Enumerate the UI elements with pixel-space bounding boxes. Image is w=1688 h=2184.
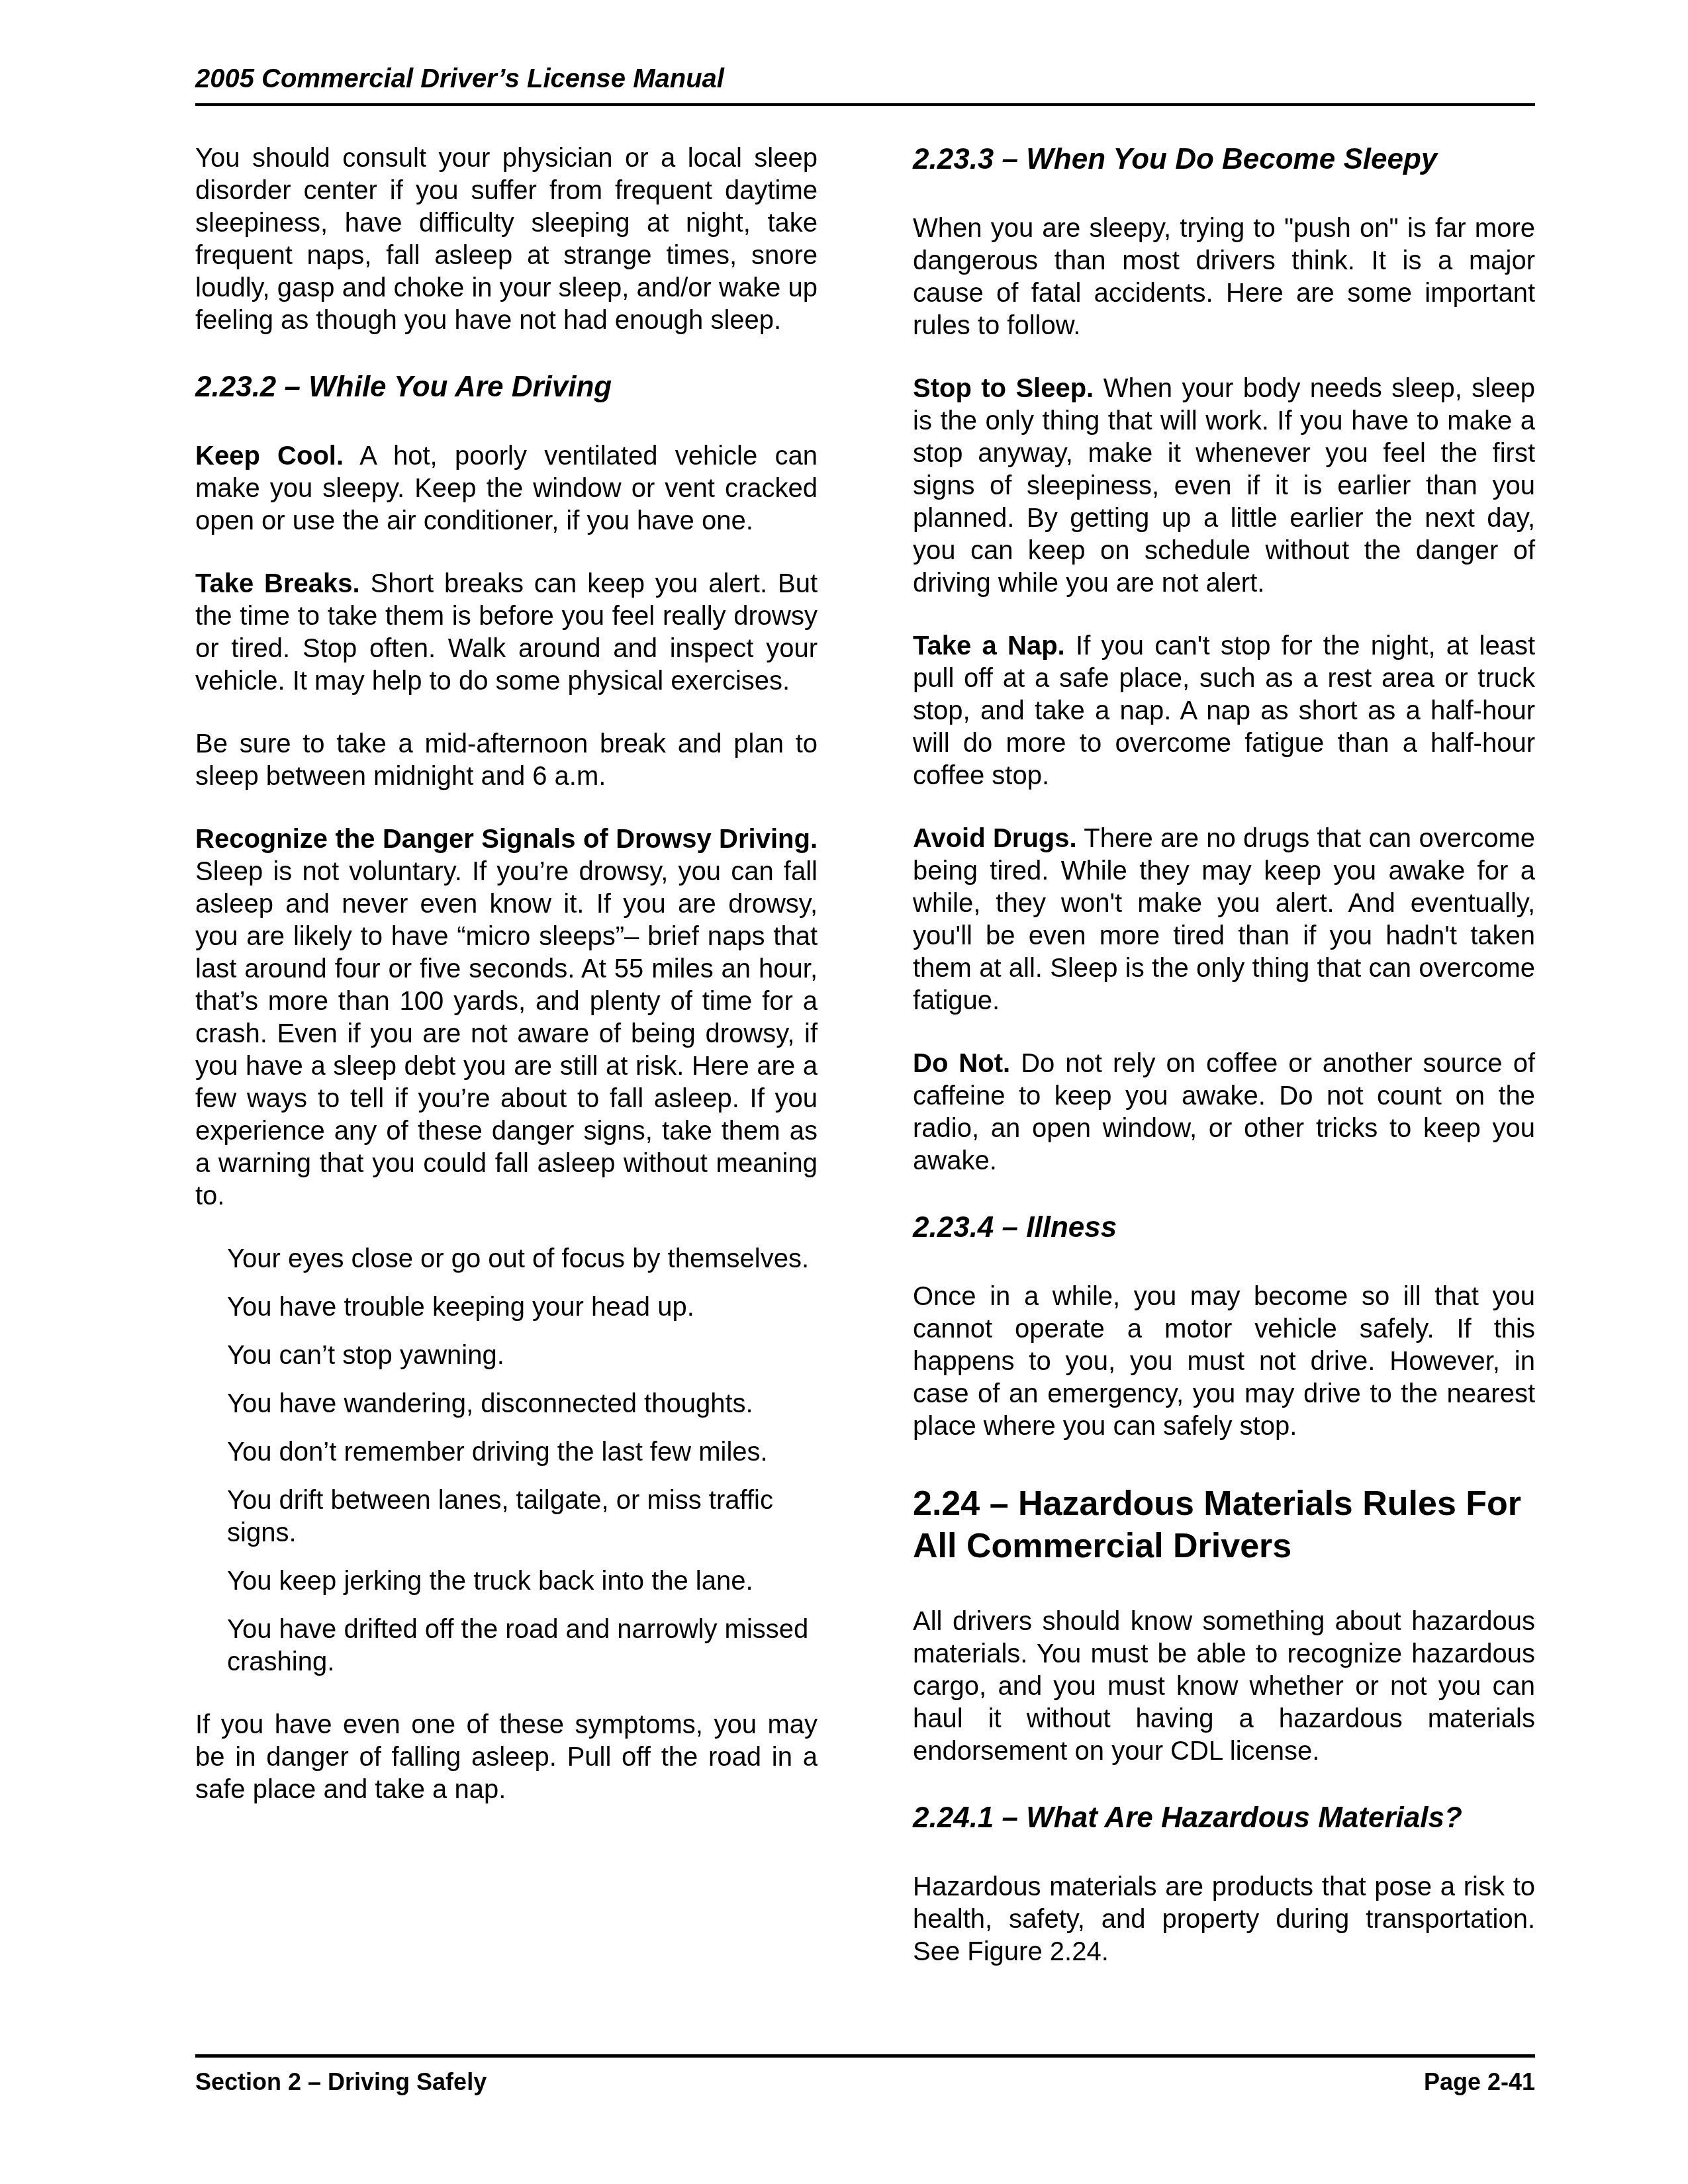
heading-2-23-2-while-you-are-driving: 2.23.2 – While You Are Driving	[195, 370, 818, 404]
danger-sign-item: You keep jerking the truck back into the…	[227, 1565, 818, 1598]
footer-page-number: Page 2-41	[1424, 2068, 1535, 2096]
paragraph-lead: Recognize the Danger Signals of Drowsy D…	[195, 825, 818, 854]
paragraph-lead: Keep Cool.	[195, 441, 344, 471]
paragraph-lead: Avoid Drugs.	[913, 824, 1077, 853]
paragraph-hazmat-definition: Hazardous materials are products that po…	[913, 1871, 1535, 1968]
danger-sign-item: You drift between lanes, tailgate, or mi…	[227, 1484, 818, 1549]
heading-2-24-hazardous-materials-rules: 2.24 – Hazardous Materials Rules For All…	[913, 1482, 1535, 1567]
paragraph-mid-afternoon-break: Be sure to take a mid-afternoon break an…	[195, 728, 818, 793]
footer-section-label: Section 2 – Driving Safely	[195, 2068, 487, 2096]
paragraph-lead: Do Not.	[913, 1049, 1010, 1078]
heading-2-23-4-illness: 2.23.4 – Illness	[913, 1210, 1535, 1245]
paragraph-all-drivers-hazmat: All drivers should know something about …	[913, 1606, 1535, 1768]
paragraph-text: Sleep is not voluntary. If you’re drowsy…	[195, 857, 818, 1210]
two-column-layout: You should consult your physician or a l…	[195, 142, 1535, 1999]
paragraph-lead: Take a Nap.	[913, 631, 1065, 660]
paragraph-avoid-drugs: Avoid Drugs. There are no drugs that can…	[913, 823, 1535, 1017]
heading-2-23-3-when-you-do-become-sleepy: 2.23.3 – When You Do Become Sleepy	[913, 142, 1535, 177]
danger-sign-item: Your eyes close or go out of focus by th…	[227, 1243, 818, 1275]
paragraph-take-breaks: Take Breaks. Short breaks can keep you a…	[195, 568, 818, 698]
right-column: 2.23.3 – When You Do Become Sleepy When …	[913, 142, 1535, 1999]
paragraph-text: When your body needs sleep, sleep is the…	[913, 374, 1535, 598]
paragraph-illness: Once in a while, you may become so ill t…	[913, 1281, 1535, 1443]
document-title: 2005 Commercial Driver’s License Manual	[195, 64, 724, 93]
document-footer: Section 2 – Driving Safely Page 2-41	[195, 2054, 1535, 2096]
paragraph-take-a-nap: Take a Nap. If you can't stop for the ni…	[913, 630, 1535, 792]
danger-sign-item: You can’t stop yawning.	[227, 1340, 818, 1372]
danger-signs-list: Your eyes close or go out of focus by th…	[195, 1243, 818, 1678]
paragraph-do-not: Do Not. Do not rely on coffee or another…	[913, 1048, 1535, 1177]
danger-sign-item: You don’t remember driving the last few …	[227, 1436, 818, 1469]
danger-sign-item: You have drifted off the road and narrow…	[227, 1614, 818, 1678]
paragraph-symptoms-closing: If you have even one of these symptoms, …	[195, 1709, 818, 1806]
paragraph-recognize-danger-signals: Recognize the Danger Signals of Drowsy D…	[195, 823, 818, 1212]
danger-sign-item: You have wandering, disconnected thought…	[227, 1388, 818, 1420]
paragraph-stop-to-sleep: Stop to Sleep. When your body needs slee…	[913, 373, 1535, 600]
paragraph-push-on: When you are sleepy, trying to "push on"…	[913, 212, 1535, 342]
heading-2-24-1-what-are-hazardous-materials: 2.24.1 – What Are Hazardous Materials?	[913, 1801, 1535, 1835]
paragraph-lead: Take Breaks.	[195, 569, 360, 598]
paragraph-lead: Stop to Sleep.	[913, 374, 1094, 403]
document-header: 2005 Commercial Driver’s License Manual	[195, 64, 1535, 106]
left-column: You should consult your physician or a l…	[195, 142, 818, 1999]
paragraph-keep-cool: Keep Cool. A hot, poorly ventilated vehi…	[195, 440, 818, 537]
danger-sign-item: You have trouble keeping your head up.	[227, 1291, 818, 1324]
paragraph-consult-physician: You should consult your physician or a l…	[195, 142, 818, 337]
manual-page: 2005 Commercial Driver’s License Manual …	[0, 0, 1688, 2184]
